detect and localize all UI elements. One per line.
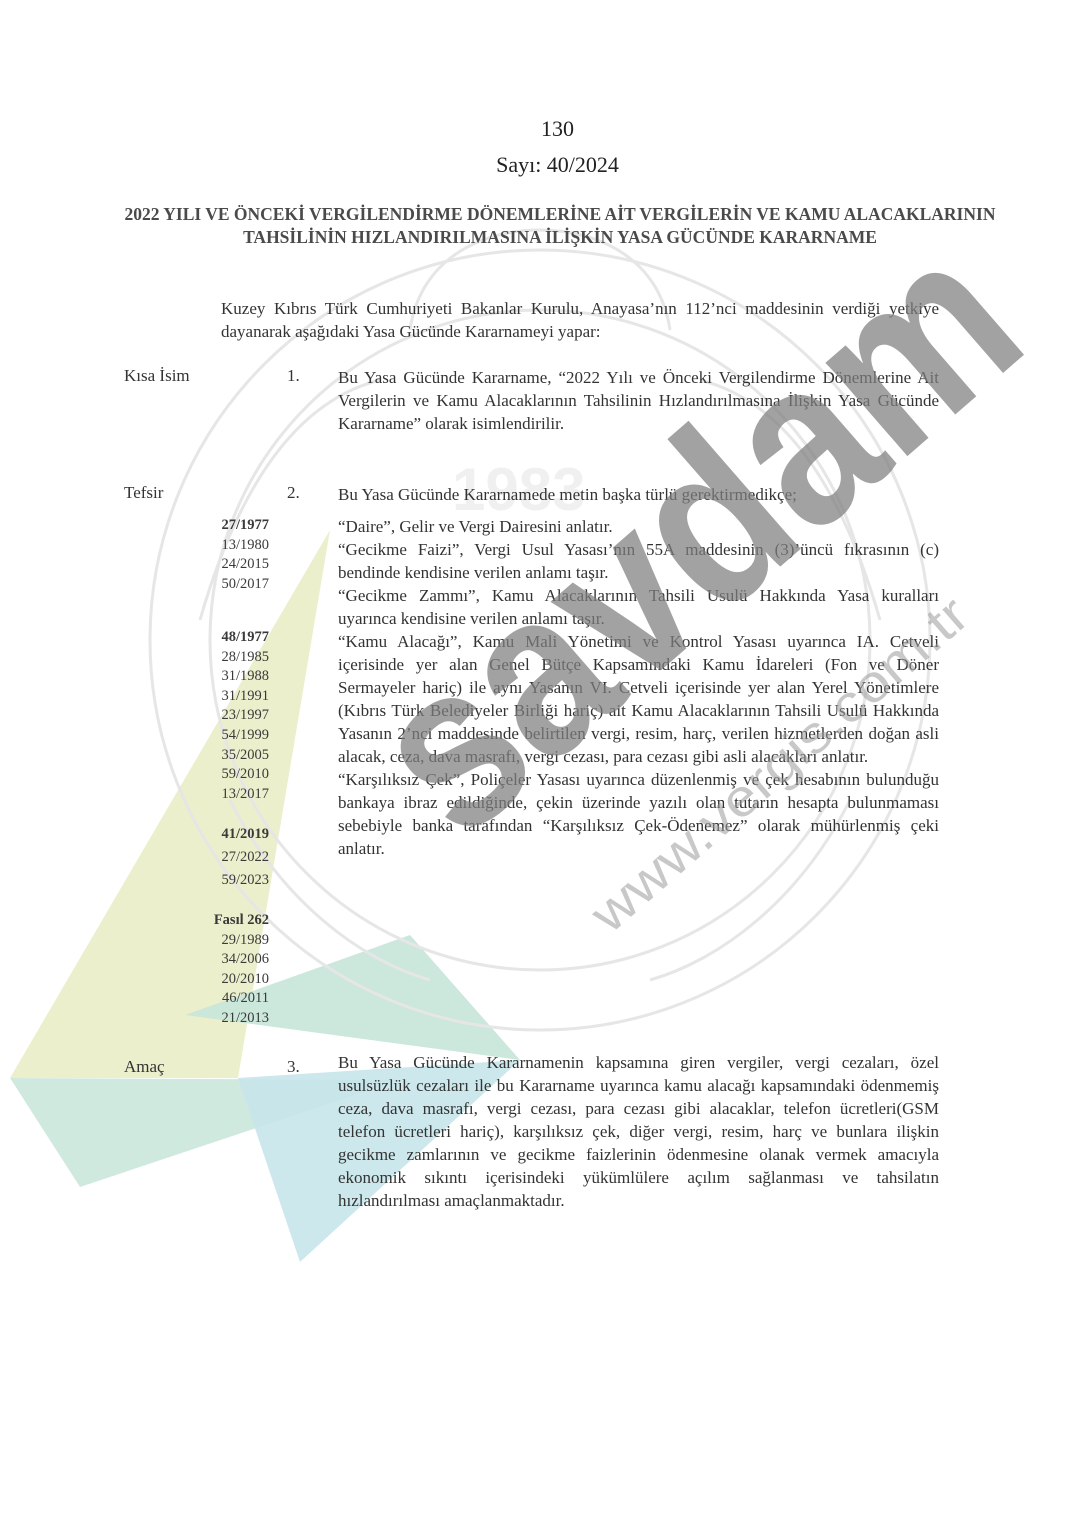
reference-group: 41/2019 27/2022 59/2023 [200, 823, 269, 892]
reference-item: 31/1988 [200, 667, 269, 687]
page-number: 130 [0, 116, 1075, 142]
section-number: 2. [287, 483, 300, 503]
reference-item: 35/2005 [200, 746, 269, 766]
reference-item: 28/1985 [200, 648, 269, 668]
definitions-list: “Daire”, Gelir ve Vergi Dairesini anlatı… [338, 515, 939, 860]
reference-item: 27/2022 [200, 846, 269, 869]
section-label: Tefsir [124, 483, 163, 503]
reference-item: 23/1997 [200, 706, 269, 726]
watermark-yellow-triangle [10, 530, 330, 1078]
section-intro: Bu Yasa Gücünde Kararnamede metin başka … [338, 483, 939, 506]
section-text: Bu Yasa Gücünde Kararname, “2022 Yılı ve… [338, 366, 939, 435]
reference-group: 27/1977 13/1980 24/2015 50/2017 [200, 516, 269, 594]
reference-item: 59/2010 [200, 765, 269, 785]
definition-item: “Daire”, Gelir ve Vergi Dairesini anlatı… [338, 515, 939, 538]
reference-head: 48/1977 [200, 628, 269, 648]
reference-item: 46/2011 [200, 989, 269, 1009]
definition-item: “Gecikme Faizi”, Vergi Usul Yasası’nın 5… [338, 538, 939, 584]
definition-item: “Karşılıksız Çek”, Poliçeler Yasası uyar… [338, 768, 939, 860]
reference-item: 59/2023 [200, 869, 269, 892]
reference-item: 13/1980 [200, 536, 269, 556]
preamble: Kuzey Kıbrıs Türk Cumhuriyeti Bakanlar K… [221, 297, 939, 343]
reference-item: 29/1989 [200, 931, 269, 951]
reference-item: 24/2015 [200, 555, 269, 575]
reference-item: 13/2017 [200, 785, 269, 805]
reference-item: 50/2017 [200, 575, 269, 595]
section-label: Amaç [124, 1057, 165, 1077]
reference-head: 27/1977 [200, 516, 269, 536]
reference-item: 54/1999 [200, 726, 269, 746]
section-text: Bu Yasa Gücünde Kararnamenin kapsamına g… [338, 1051, 939, 1212]
section-label: Kısa İsim [124, 366, 190, 386]
reference-item: 20/2010 [200, 970, 269, 990]
definition-item: “Kamu Alacağı”, Kamu Mali Yönetimi ve Ko… [338, 630, 939, 768]
definition-item: “Gecikme Zammı”, Kamu Alacaklarının Tahs… [338, 584, 939, 630]
reference-head: Fasıl 262 [200, 911, 269, 931]
section-number: 1. [287, 366, 300, 386]
reference-head: 41/2019 [200, 823, 269, 846]
reference-group: Fasıl 262 29/1989 34/2006 20/2010 46/201… [200, 911, 269, 1029]
issue-number: Sayı: 40/2024 [0, 152, 1075, 178]
reference-item: 21/2013 [200, 1009, 269, 1029]
reference-group: 48/1977 28/1985 31/1988 31/1991 23/1997 … [200, 628, 269, 804]
reference-item: 34/2006 [200, 950, 269, 970]
reference-item: 31/1991 [200, 687, 269, 707]
section-number: 3. [287, 1057, 300, 1077]
document-title: 2022 YILI VE ÖNCEKİ VERGİLENDİRME DÖNEML… [120, 203, 1000, 249]
